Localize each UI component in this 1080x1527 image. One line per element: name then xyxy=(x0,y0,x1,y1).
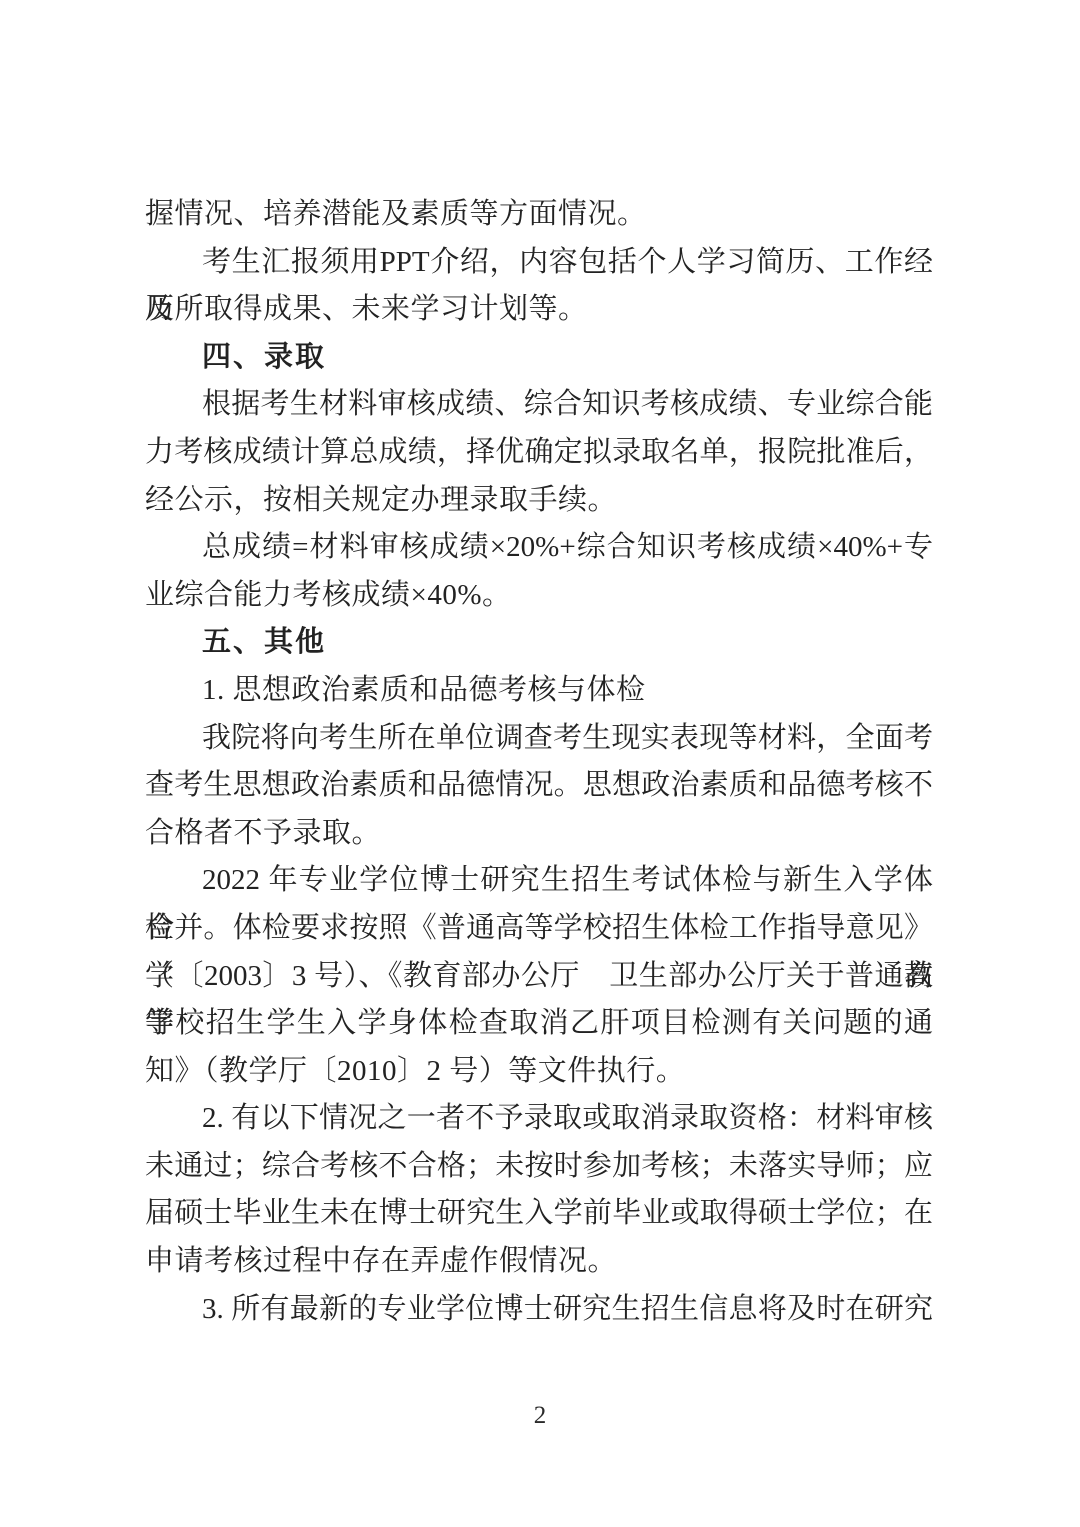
text-line: 届硕士毕业生未在博士研究生入学前毕业或取得硕士学位；在 xyxy=(145,1190,933,1238)
text-line: 握情况、培养潜能及素质等方面情况。 xyxy=(145,191,933,239)
document-body: 握情况、培养潜能及素质等方面情况。考生汇报须用PPT介绍，内容包括个人学习简历、… xyxy=(145,191,933,1333)
text-line: 学〔2003〕3 号）、《教育部办公厅 卫生部办公厅关于普通高等 xyxy=(145,953,933,1001)
text-line: 考生汇报须用PPT介绍，内容包括个人学习简历、工作经历 xyxy=(145,239,933,287)
text-line: 知》（教学厅〔2010〕2 号）等文件执行。 xyxy=(145,1048,933,1096)
text-line: 及所取得成果、未来学习计划等。 xyxy=(145,286,933,334)
text-line: 查考生思想政治素质和品德情况。思想政治素质和品德考核不 xyxy=(145,762,933,810)
text-line: 未通过；综合考核不合格；未按时参加考核；未落实导师；应 xyxy=(145,1143,933,1191)
text-line: 力考核成绩计算总成绩，择优确定拟录取名单，报院批准后， xyxy=(145,429,933,477)
text-line: 2. 有以下情况之一者不予录取或取消录取资格：材料审核 xyxy=(145,1095,933,1143)
text-line: 申请考核过程中存在弄虚作假情况。 xyxy=(145,1238,933,1286)
text-line: 经公示，按相关规定办理录取手续。 xyxy=(145,477,933,525)
text-line: 根据考生材料审核成绩、综合知识考核成绩、专业综合能 xyxy=(145,381,933,429)
text-line: 1. 思想政治素质和品德考核与体检 xyxy=(145,667,933,715)
text-line: 2022 年专业学位博士研究生招生考试体检与新生入学体检 xyxy=(145,857,933,905)
text-line: 业综合能力考核成绩×40%。 xyxy=(145,572,933,620)
text-line: 我院将向考生所在单位调查考生现实表现等材料，全面考 xyxy=(145,715,933,763)
text-line: 总成绩=材料审核成绩×20%+综合知识考核成绩×40%+专 xyxy=(145,524,933,572)
section-heading: 四、录取 xyxy=(145,334,933,382)
text-line: 学校招生学生入学身体检查取消乙肝项目检测有关问题的通 xyxy=(145,1000,933,1048)
section-heading: 五、其他 xyxy=(145,619,933,667)
page-footer: 2 xyxy=(0,1402,1080,1430)
text-line: 合并。体检要求按照《普通高等学校招生体检工作指导意见》（教 xyxy=(145,905,933,953)
text-line: 3. 所有最新的专业学位博士研究生招生信息将及时在研究 xyxy=(145,1286,933,1334)
document-page: 握情况、培养潜能及素质等方面情况。考生汇报须用PPT介绍，内容包括个人学习简历、… xyxy=(0,0,1080,1527)
page-number: 2 xyxy=(534,1402,547,1429)
text-line: 合格者不予录取。 xyxy=(145,810,933,858)
